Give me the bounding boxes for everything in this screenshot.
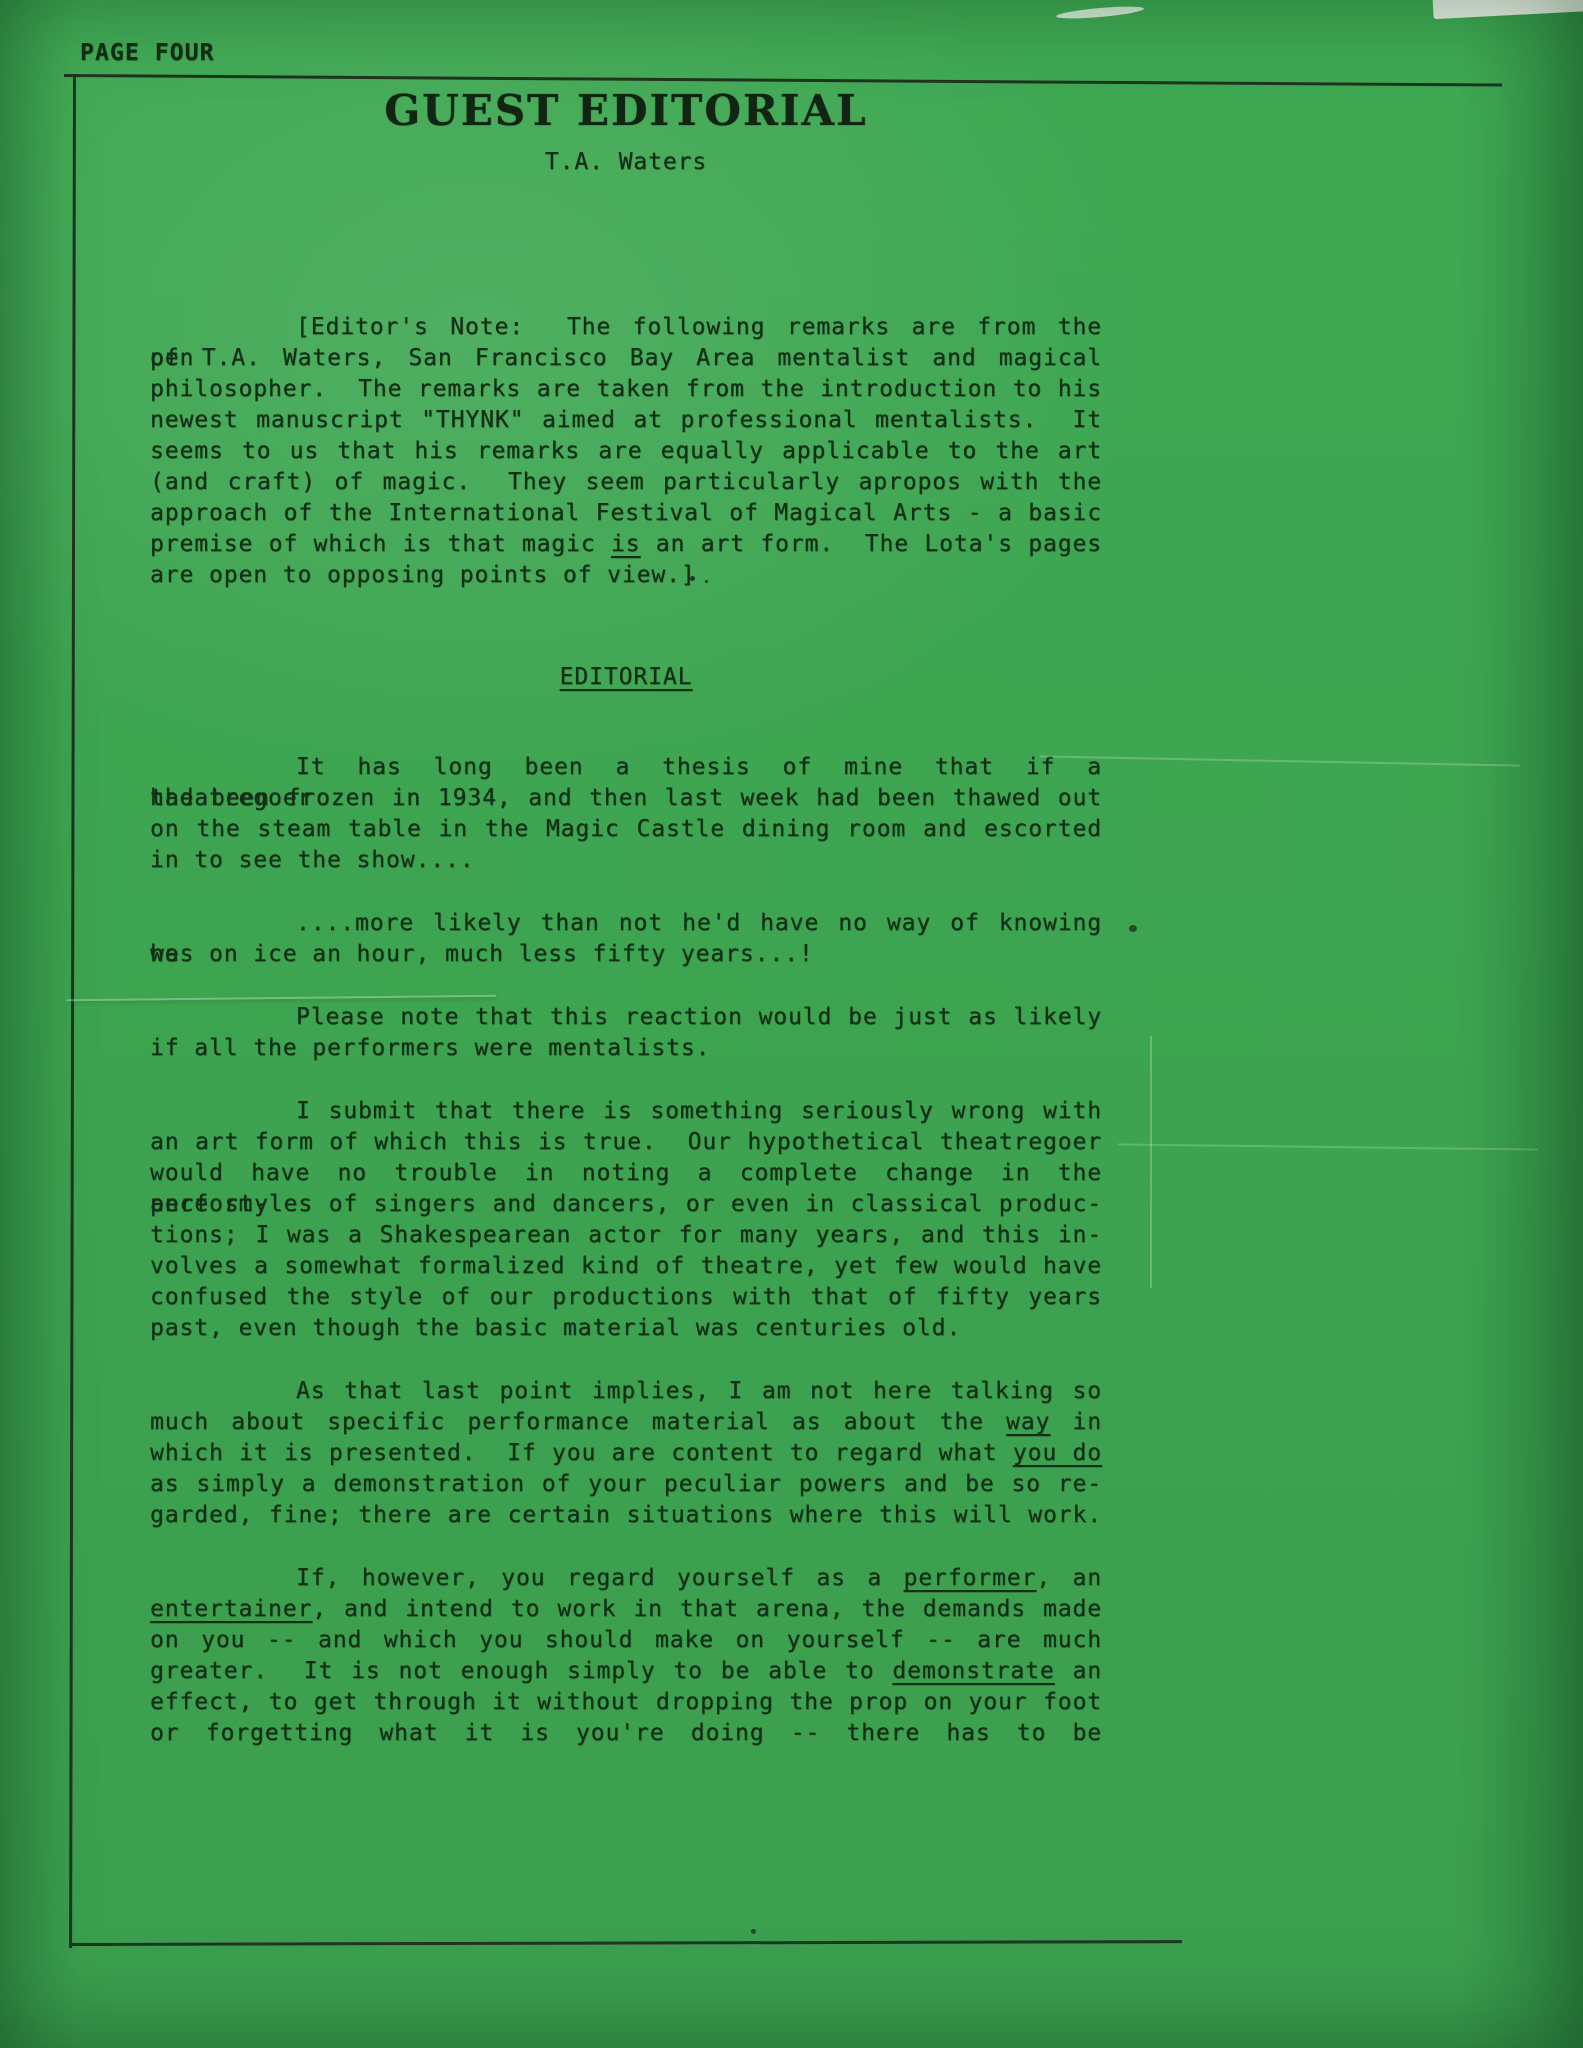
border-rule-left [69, 76, 76, 1948]
text-line: philosopher. The remarks are taken from … [150, 374, 1102, 405]
text-line: (and craft) of magic. They seem particul… [150, 467, 1102, 498]
text-line: As that last point implies, I am not her… [150, 1376, 1102, 1407]
border-rule-bottom [70, 1940, 1182, 1946]
paragraph-editor-note: [Editor's Note: The following remarks ar… [150, 312, 1102, 591]
text-line: confused the style of our productions wi… [150, 1282, 1102, 1313]
scan-corner-sliver [1433, 0, 1583, 19]
title-block: GUEST EDITORIAL T.A. Waters [150, 86, 1102, 175]
paragraph-para-wrong: I submit that there is something serious… [150, 1096, 1102, 1344]
text-line: past, even though the basic material was… [150, 1313, 1102, 1344]
text-line: as simply a demonstration of your peculi… [150, 1469, 1102, 1500]
scan-scratch [1056, 4, 1144, 21]
paragraph-para-performer: If, however, you regard yourself as a pe… [150, 1563, 1102, 1749]
underlined-text: entertainer [150, 1596, 312, 1622]
text-line: or forgetting what it is you're doing --… [150, 1718, 1102, 1749]
text-line: are open to opposing points of view.] [150, 560, 1102, 591]
text-line: if all the performers were mentalists. [150, 1033, 1102, 1064]
text-line: an art form of which this is true. Our h… [150, 1127, 1102, 1158]
text-line: garded, fine; there are certain situatio… [150, 1500, 1102, 1531]
text-line: much about specific performance material… [150, 1407, 1102, 1438]
underlined-text: way [1006, 1409, 1050, 1435]
text-line: entertainer, and intend to work in that … [150, 1594, 1102, 1625]
underlined-text: you do [1013, 1440, 1102, 1466]
text-line: ....more likely than not he'd have no wa… [150, 908, 1102, 939]
text-line: EDITORIAL [150, 662, 1102, 693]
border-rule-top [64, 74, 1502, 87]
text-line: If, however, you regard yourself as a pe… [150, 1563, 1102, 1594]
text-line: had been frozen in 1934, and then last w… [150, 783, 1102, 814]
text-line: It has long been a thesis of mine that i… [150, 752, 1102, 783]
page-label: PAGE FOUR [80, 40, 215, 66]
paper-crease [1118, 1143, 1538, 1150]
text-line: greater. It is not enough simply to be a… [150, 1656, 1102, 1687]
text-line: on you -- and which you should make on y… [150, 1625, 1102, 1656]
page-sheet: PAGE FOUR GUEST EDITORIAL T.A. Waters [E… [0, 0, 1583, 2048]
paper-crease [1040, 755, 1520, 766]
paragraph-para-on-ice: ....more likely than not he'd have no wa… [150, 908, 1102, 970]
underlined-text: is [611, 531, 641, 557]
text-line: in to see the show.... [150, 845, 1102, 876]
text-line: tions; I was a Shakespearean actor for m… [150, 1220, 1102, 1251]
paragraph-para-thesis: It has long been a thesis of mine that i… [150, 752, 1102, 876]
text-line: premise of which is that magic is an art… [150, 529, 1102, 560]
ink-speck [751, 1929, 756, 1934]
text-line: [Editor's Note: The following remarks ar… [150, 312, 1102, 343]
paragraph-para-mentalists: Please note that this reaction would be … [150, 1002, 1102, 1064]
text-line: of T.A. Waters, San Francisco Bay Area m… [150, 343, 1102, 374]
body-column: [Editor's Note: The following remarks ar… [150, 312, 1102, 1781]
text-line: was on ice an hour, much less fifty year… [150, 939, 1102, 970]
underlined-text: performer [904, 1565, 1037, 1591]
text-line: effect, to get through it without droppi… [150, 1687, 1102, 1718]
paper-crease [1150, 1036, 1152, 1288]
editorial-heading-text: EDITORIAL [560, 664, 693, 690]
text-line: newest manuscript "THYNK" aimed at profe… [150, 405, 1102, 436]
text-line: which it is presented. If you are conten… [150, 1438, 1102, 1469]
paragraph-para-the-way: As that last point implies, I am not her… [150, 1376, 1102, 1531]
text-line: would have no trouble in noting a comple… [150, 1158, 1102, 1189]
text-line: I submit that there is something serious… [150, 1096, 1102, 1127]
underlined-text: demonstrate [892, 1658, 1054, 1684]
editorial-heading: EDITORIAL [150, 662, 1102, 693]
text-line: on the steam table in the Magic Castle d… [150, 814, 1102, 845]
byline: T.A. Waters [150, 149, 1102, 175]
text-line: Please note that this reaction would be … [150, 1002, 1102, 1033]
guest-editorial-title: GUEST EDITORIAL [150, 86, 1102, 135]
text-line: ance styles of singers and dancers, or e… [150, 1189, 1102, 1220]
text-line: seems to us that his remarks are equally… [150, 436, 1102, 467]
text-line: volves a somewhat formalized kind of the… [150, 1251, 1102, 1282]
ink-speck [1129, 925, 1137, 932]
text-line: approach of the International Festival o… [150, 498, 1102, 529]
